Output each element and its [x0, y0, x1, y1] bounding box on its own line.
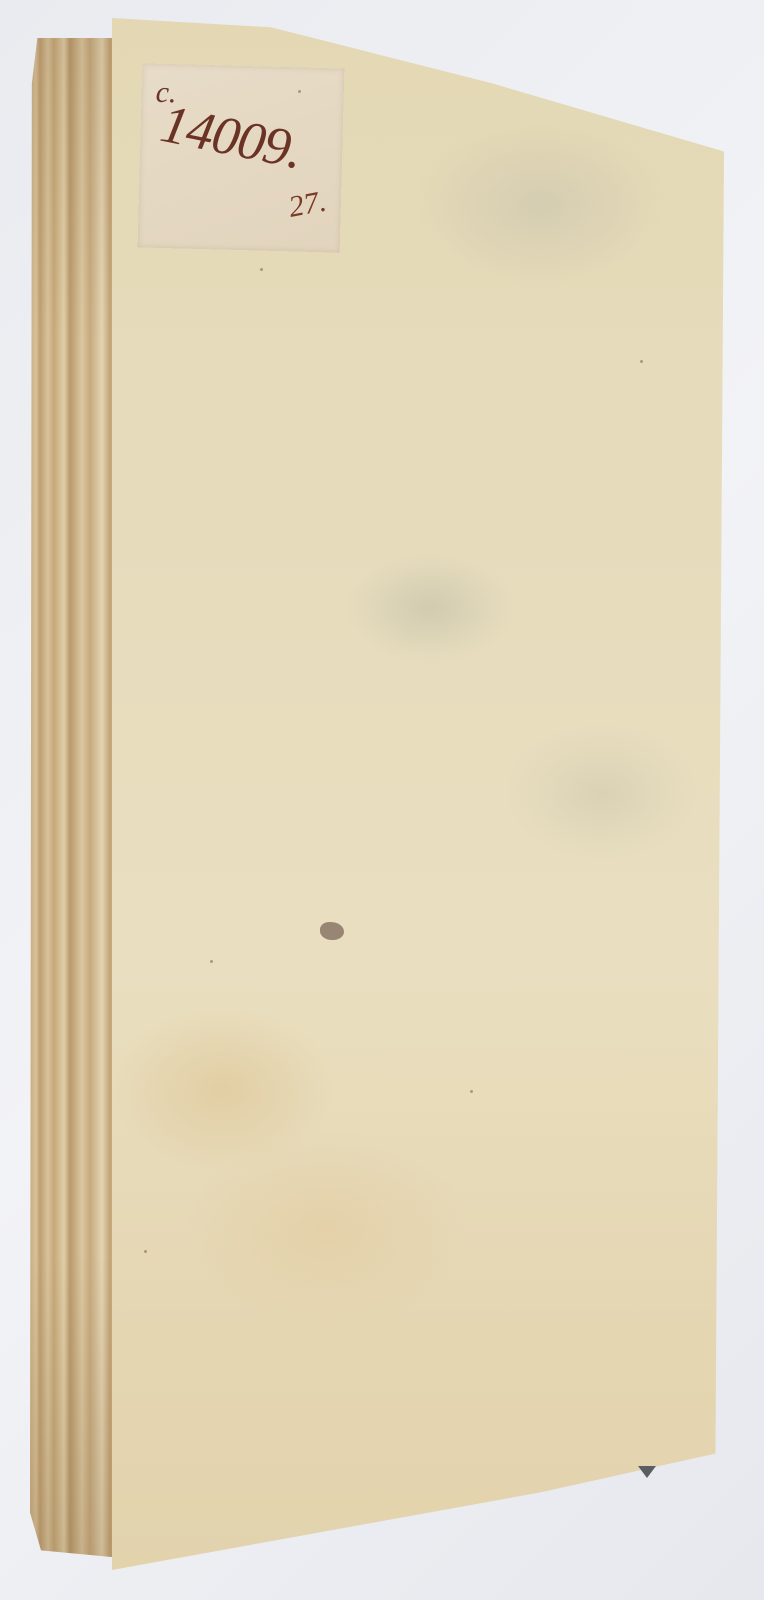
- shelfmark-suffix: 27.: [286, 185, 329, 225]
- shelfmark-number: 14009.: [156, 92, 308, 181]
- fleck: [260, 268, 263, 271]
- fleck: [640, 360, 643, 363]
- cover-stain: [320, 922, 344, 940]
- fleck: [144, 1250, 147, 1253]
- shelfmark-label: c. 14009. 27.: [138, 63, 345, 252]
- fleck: [470, 1090, 473, 1093]
- book-spine: [30, 38, 122, 1558]
- shadow-tip: [638, 1466, 656, 1478]
- photo-scene: c. 14009. 27.: [0, 0, 764, 1600]
- book: c. 14009. 27.: [0, 0, 764, 1600]
- fleck: [210, 960, 213, 963]
- book-cover: [112, 18, 724, 1570]
- fleck: [298, 90, 301, 93]
